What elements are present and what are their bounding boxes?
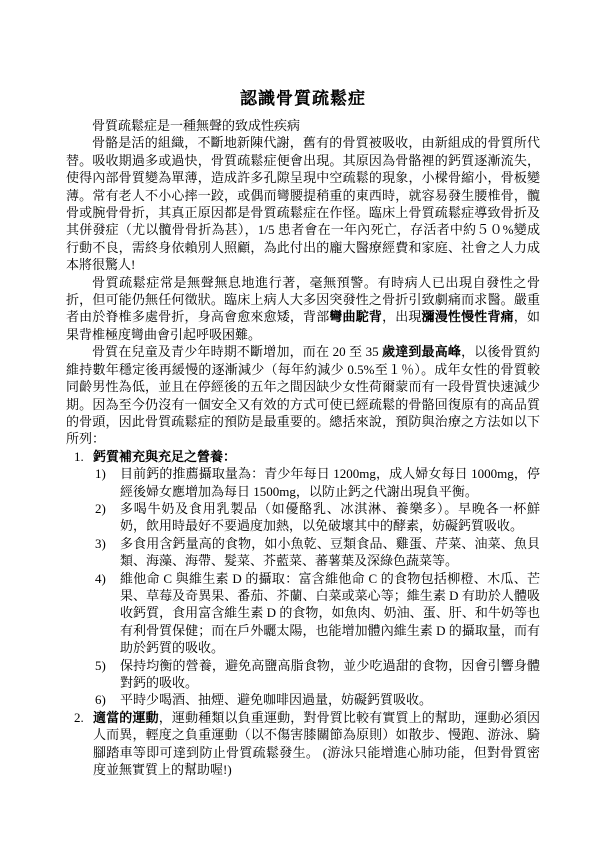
subitem-balanced-diet: 5) 保持均衡的營養，避免高鹽高脂食物，並少吃過甜的食物，因會引響身體對鈣的吸收… [95,657,540,692]
paragraph-silent-progress: 骨質疏鬆症常是無聲無息地進行著，毫無預警。有時病人已出現自發性之骨折，但可能仍無… [66,274,540,344]
list-item-exercise: 2. 適當的運動，運動種類以負重運動，對骨質比較有實質上的幫助，運動必須因人而異… [66,709,540,779]
list-item-number: 1. [66,448,93,465]
subitem-text: 多喝牛奶及食用乳製品（如優酪乳、冰淇淋、養樂多）。早晚各一杯鮮奶，飲用時最好不要… [120,500,540,535]
subitem-milk-dairy: 2) 多喝牛奶及食用乳製品（如優酪乳、冰淇淋、養樂多）。早晚各一杯鮮奶，飲用時最… [95,500,540,535]
list-item-exercise-content: 適當的運動，運動種類以負重運動，對骨質比較有實質上的幫助，運動必須因人而異，輕度… [93,709,540,779]
subitem-calcium-intake: 1) 目前鈣的推薦攝取量為：青少年每日 1200mg，成人婦女每日 1000mg… [95,465,540,500]
prevention-list: 1. 鈣質補充與充足之營養： 1) 目前鈣的推薦攝取量為：青少年每日 1200m… [66,448,540,779]
paragraph-bone-remodeling: 骨骼是活的組織，不斷地新陳代謝，舊有的骨質被吸收，由新組成的骨質所代替。吸收期過… [66,134,540,273]
bold-chronic-back-pain: 瀰漫性慢性背痛 [422,309,514,324]
paragraph-bone-mass-peak-end: ，以後骨質約維持數年穩定後再緩慢的逐漸減少（每年約減少 0.5%至１％）。成年女… [66,344,540,446]
bold-proper-exercise: 適當的運動 [93,710,159,725]
bold-peak-age: 歲達到最高峰 [382,344,461,359]
subitem-text: 平時少喝酒、抽煙、避免咖啡因過量，妨礙鈣質吸收。 [120,691,540,708]
subitem-text: 目前鈣的推薦攝取量為：青少年每日 1200mg，成人婦女每日 1000mg，停經… [120,465,540,500]
subitem-number: 3) [95,535,120,552]
list-item-calcium: 1. 鈣質補充與充足之營養： [66,448,540,465]
subitem-number: 4) [95,570,120,587]
list-item-exercise-text: ，運動種類以負重運動，對骨質比較有實質上的幫助，運動必須因人而異，輕度之負重運動… [93,710,540,777]
subitem-text: 保持均衡的營養，避免高鹽高脂食物，並少吃過甜的食物，因會引響身體對鈣的吸收。 [120,657,540,692]
subitem-number: 1) [95,465,120,482]
subitem-high-calcium-foods: 3) 多食用含鈣量高的食物，如小魚乾、豆類食品、雞蛋、芹菜、油菜、魚貝類、海藻、… [95,535,540,570]
subitem-number: 2) [95,500,120,517]
document-page: 認識骨質疏鬆症 骨質疏鬆症是一種無聲的致成性疾病 骨骼是活的組織，不斷地新陳代謝… [0,0,600,849]
list-item-calcium-heading: 鈣質補充與充足之營養： [93,448,540,465]
document-title: 認識骨質疏鬆症 [66,88,540,110]
subitem-text: 多食用含鈣量高的食物，如小魚乾、豆類食品、雞蛋、芹菜、油菜、魚貝類、海藻、海帶、… [120,535,540,570]
subitem-text: 維他命 C 與維生素 D 的攝取：富含維他命 C 的食物包括柳橙、木瓜、芒果、草… [120,570,540,657]
subitem-number: 5) [95,657,120,674]
subitem-vitamin-c-d: 4) 維他命 C 與維生素 D 的攝取：富含維他命 C 的食物包括柳橙、木瓜、芒… [95,570,540,657]
list-item-number: 2. [66,709,93,726]
bold-kyphosis: 彎曲駝背 [329,309,382,324]
paragraph-bone-mass-peak: 骨質在兒童及青少年時期不斷增加，而在 20 至 35 歲達到最高峰，以後骨質約維… [66,343,540,447]
paragraph-silent-progress-mid: ，出現 [382,309,422,324]
subitem-avoid-alcohol-caffeine: 6) 平時少喝酒、抽煙、避免咖啡因過量，妨礙鈣質吸收。 [95,691,540,708]
paragraph-intro: 骨質疏鬆症是一種無聲的致成性疾病 [66,117,540,134]
paragraph-bone-mass-peak-text: 骨質在兒童及青少年時期不斷增加，而在 20 至 35 [92,344,382,359]
subitem-number: 6) [95,691,120,708]
